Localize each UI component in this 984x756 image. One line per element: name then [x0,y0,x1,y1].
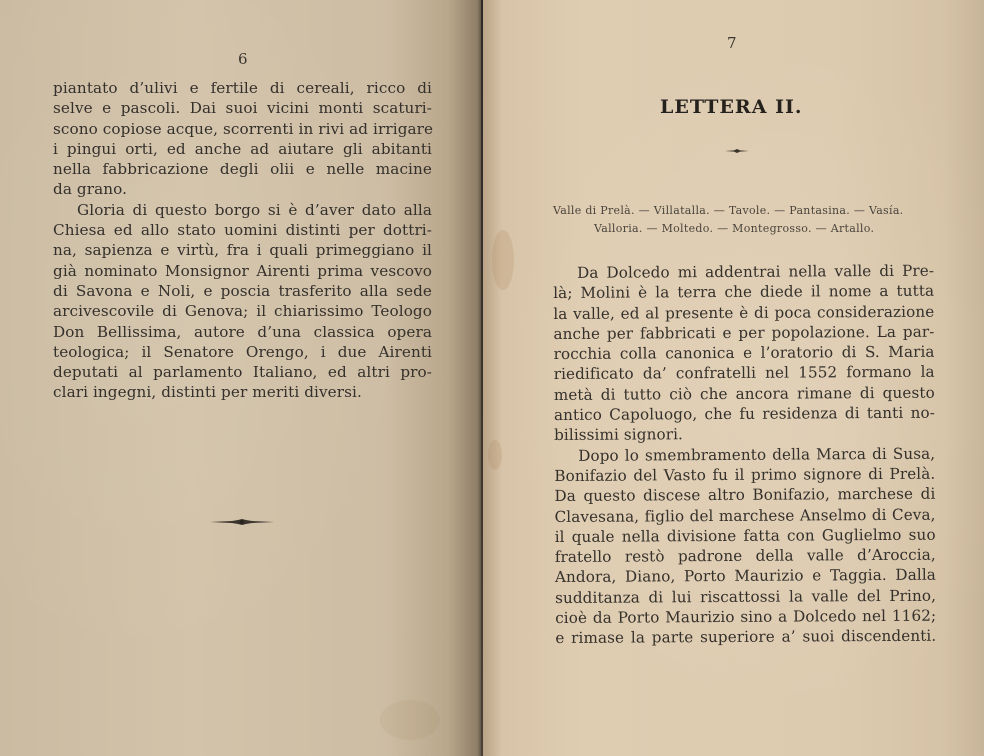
page-number-right: 7 [727,34,737,52]
text-line: deputati al parlamento Italiano, ed altr… [53,362,432,382]
text-line: Don Bellissima, autore d’una classica op… [53,322,432,342]
text-line: scono copiose acque, scorrenti in rivi a… [53,119,432,139]
text-line: Bonifazio del Vasto fu il primo signore … [554,464,935,487]
paper-stain [492,230,514,290]
text-line: i pingui orti, ed anche ad aiutare gli a… [53,139,432,159]
text-line: e rimase la parte superiore a’ suoi disc… [555,626,936,649]
paper-stain [380,700,440,740]
text-line: bilissimi signori. [554,423,935,446]
text-line: già nominato Monsignor Airenti prima ves… [53,261,432,281]
text-line: Dopo lo smembramento della Marca di Susa… [554,443,935,466]
chapter-summary-line-2: Valloria. — Moltedo. — Montegrosso. — Ar… [594,222,874,235]
text-line: cioè da Porto Maurizio sino a Dolcedo ne… [555,606,936,629]
text-line: riedificato da’ confratelli nel 1552 for… [554,362,935,385]
text-line: Andora, Diano, Porto Maurizio e Taggia. … [555,565,936,588]
text-line: piantato d’ulivi e fertile di cereali, r… [53,78,432,98]
text-line: Da questo discese altro Bonifazio, march… [554,484,935,507]
text-line: da grano. [53,179,432,199]
text-line: na, sapienza e virtù, fra i quali primeg… [53,240,432,260]
title-flourish-icon [725,148,749,154]
text-line: sudditanza di lui riscattossi la valle d… [555,585,936,608]
text-line: teologica; il Senatore Orengo, i due Air… [53,342,432,362]
text-line: di Savona e Noli, e poscia trasferito al… [53,281,432,301]
left-page-text: piantato d’ulivi e fertile di cereali, r… [53,78,432,403]
text-line: Clavesana, figlio del marchese Anselmo d… [554,504,935,527]
text-line: Da Dolcedo mi addentrai nella valle di P… [553,261,934,284]
text-line: anche per fabbricati e per popolazione. … [553,322,934,345]
text-line: Gloria di questo borgo si è d’aver dato … [53,200,432,220]
right-page-text: Da Dolcedo mi addentrai nella valle di P… [553,261,936,649]
text-line: rocchia colla canonica e l’oratorio di S… [553,342,934,365]
book-gutter [481,0,483,756]
text-line: il quale nella divisione fatta con Gugli… [555,525,936,548]
text-line: Chiesa ed allo stato uomini distinti per… [53,220,432,240]
chapter-summary-line-1: Valle di Prelà. — Villatalla. — Tavole. … [553,204,903,217]
text-line: antico Capoluogo, che fu residenza di ta… [554,403,935,426]
text-line: metà di tutto ciò che ancora rimane di q… [554,382,935,405]
text-line: selve e pascoli. Dai suoi vicini monti s… [53,98,432,118]
text-line: là; Molini è la terra che diede il nome … [553,281,934,304]
text-line: nella fabbricazione degli olii e nelle m… [53,159,432,179]
chapter-title: LETTERA II. [660,96,802,118]
text-line: clari ingegni, distinti per meriti diver… [53,382,432,402]
text-line: la valle, ed al presente è di poca consi… [553,301,934,324]
text-line: arcivescovile di Genova; il chiarissimo … [53,301,432,321]
page-number-left: 6 [238,50,248,68]
book-spread: 6 piantato d’ulivi e fertile di cereali,… [0,0,984,756]
flourish-ornament-icon [210,518,274,526]
text-line: fratello restò padrone della valle d’Aro… [555,545,936,568]
paper-stain [488,440,502,470]
